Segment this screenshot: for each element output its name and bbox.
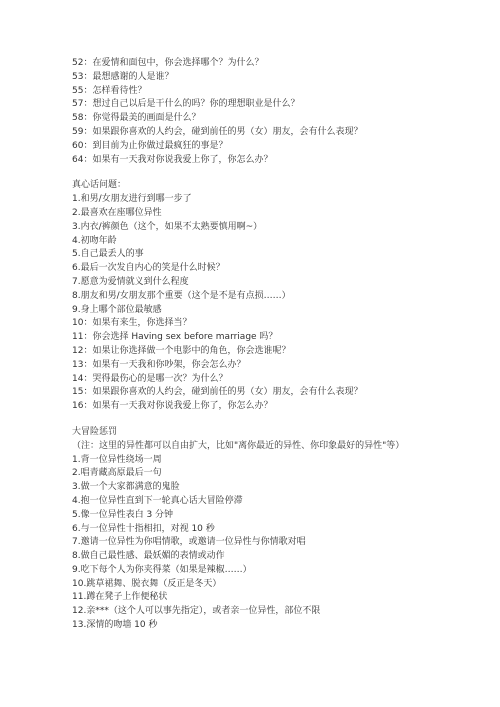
dare-line: 2.唱青藏高原最后一句 xyxy=(72,467,470,481)
question-line: 5.自己最丢人的事 xyxy=(72,248,470,262)
question-line: 13：如果有一天我和你吵架，你会怎么办？ xyxy=(72,359,470,373)
question-line: 12：如果让你选择做一个电影中的角色，你会选谁呢？ xyxy=(72,345,470,359)
dare-line: 9.吃下每个人为你夹得菜（如果是辣椒……） xyxy=(72,564,470,578)
question-line: 2.最喜欢在座哪位异性 xyxy=(72,207,470,221)
truth-question-list: 1.和男/女朋友进行到哪一步了 2.最喜欢在座哪位异性 3.内衣/裤颜色（这个，… xyxy=(72,193,470,414)
dare-line: 8.做自己最性感、最妖媚的表情或动作 xyxy=(72,550,470,564)
dare-section-note: （注：这里的异性都可以自由扩大，比如"离你最近的异性、你印象最好的异性"等） xyxy=(72,440,470,454)
dare-line: 1.背一位异性绕场一周 xyxy=(72,454,470,468)
section-truth-questions: 真心话问题： 1.和男/女朋友进行到哪一步了 2.最喜欢在座哪位异性 3.内衣/… xyxy=(72,179,470,414)
document-content: 52：在爱情和面包中，你会选择哪个？为什么？ 53：最想感谢的人是谁？ 55：怎… xyxy=(72,57,470,633)
question-line: 52：在爱情和面包中，你会选择哪个？为什么？ xyxy=(72,57,470,71)
document-page: 52：在爱情和面包中，你会选择哪个？为什么？ 53：最想感谢的人是谁？ 55：怎… xyxy=(0,0,500,707)
question-line: 58：你觉得最美的画面是什么？ xyxy=(72,112,470,126)
question-line: 1.和男/女朋友进行到哪一步了 xyxy=(72,193,470,207)
section-dare-punishments: 大冒险惩罚 （注：这里的异性都可以自由扩大，比如"离你最近的异性、你印象最好的异… xyxy=(72,426,470,633)
dare-section-title: 大冒险惩罚 xyxy=(72,426,470,440)
question-line: 55：怎样看待性？ xyxy=(72,85,470,99)
dare-line: 4.抱一位异性直到下一轮真心话大冒险停滞 xyxy=(72,495,470,509)
dare-line: 3.做一个大家都满意的鬼脸 xyxy=(72,481,470,495)
question-line: 9.身上哪个部位最敏感 xyxy=(72,304,470,318)
question-line: 3.内衣/裤颜色（这个，如果不太熟要慎用啊~） xyxy=(72,221,470,235)
question-line: 10：如果有来生，你选择当？ xyxy=(72,317,470,331)
dare-line: 5.像一位异性表白 3 分钟 xyxy=(72,509,470,523)
dare-line: 11.蹲在凳子上作便秘状 xyxy=(72,591,470,605)
dare-line: 10.跳草裙舞、脱衣舞（反正是冬天） xyxy=(72,578,470,592)
question-line: 8.朋友和男/女朋友那个重要（这个是不是有点损……） xyxy=(72,290,470,304)
question-line: 53：最想感谢的人是谁？ xyxy=(72,71,470,85)
question-line: 4.初吻年龄 xyxy=(72,235,470,249)
question-line: 14：哭得最伤心的是哪一次？为什么？ xyxy=(72,373,470,387)
question-line: 64：如果有一天我对你说我爱上你了，你怎么办？ xyxy=(72,154,470,168)
question-line: 11：你会选择 Having sex before marriage 吗？ xyxy=(72,331,470,345)
dare-line: 7.邀请一位异性为你唱情歌，或邀请一位异性与你情歌对唱 xyxy=(72,536,470,550)
question-line: 59：如果跟你喜欢的人约会，碰到前任的男（女）朋友，会有什么表现？ xyxy=(72,126,470,140)
dare-line: 13.深情的吻墙 10 秒 xyxy=(72,619,470,633)
truth-section-title: 真心话问题： xyxy=(72,179,470,193)
question-line: 16：如果有一天我对你说我爱上你了，你怎么办？ xyxy=(72,400,470,414)
question-line: 6.最后一次发自内心的笑是什么时候？ xyxy=(72,262,470,276)
question-line: 15：如果跟你喜欢的人约会，碰到前任的男（女）朋友，会有什么表现？ xyxy=(72,386,470,400)
question-line: 7.愿意为爱情就义到什么程度 xyxy=(72,276,470,290)
section-misc-questions: 52：在爱情和面包中，你会选择哪个？为什么？ 53：最想感谢的人是谁？ 55：怎… xyxy=(72,57,470,167)
question-line: 57：想过自己以后是干什么的吗？你的理想职业是什么？ xyxy=(72,98,470,112)
dare-line: 6.与一位异性十指相扣，对视 10 秒 xyxy=(72,523,470,537)
dare-item-list: 1.背一位异性绕场一周 2.唱青藏高原最后一句 3.做一个大家都满意的鬼脸 4.… xyxy=(72,454,470,633)
question-line: 60：到目前为止你做过最疯狂的事是？ xyxy=(72,140,470,154)
dare-line: 12.亲***（这个人可以事先指定），或者亲一位异性，部位不限 xyxy=(72,605,470,619)
